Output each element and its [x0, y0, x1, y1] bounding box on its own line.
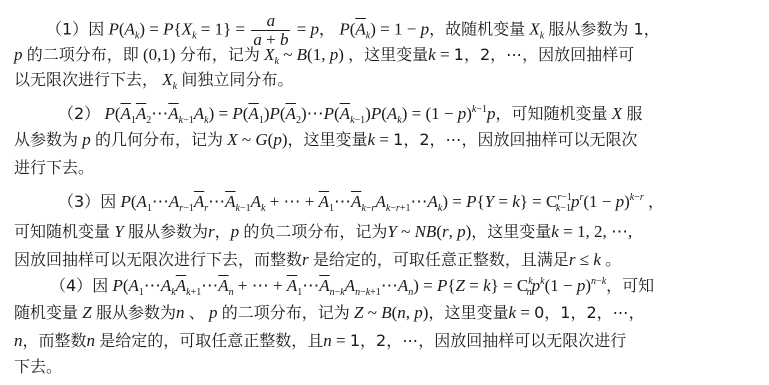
text: ，而整数	[23, 331, 87, 350]
para-3-line-3: 因放回抽样可以无限次进行下去，而整数r 是给定的，可取任意正整数，且满足r ≤ …	[14, 250, 621, 270]
para-3-line-1: （3）因 P(A1⋯Ar−1Ar⋯Ak−1Ak + ⋯ + A1⋯Ak−rAk−…	[58, 192, 664, 212]
para-3-line-2: 可知随机变量 Y 服从参数为r，p 的负二项分布，记为Y ~ NB(r, p)，…	[14, 222, 632, 242]
text: ，可知随机变量	[496, 104, 608, 123]
text: 1，2，⋯	[454, 45, 522, 64]
para-3-label: （3）	[58, 192, 100, 211]
text: 。	[605, 250, 621, 269]
text: 随机变量	[14, 303, 78, 322]
text: 以无限次进行下去，	[14, 70, 158, 89]
para-4-label: （4）	[50, 276, 92, 295]
text: ，	[215, 222, 231, 241]
text: 从参数为	[14, 130, 78, 149]
text: 的二项分布，即	[27, 45, 139, 64]
text: 服	[626, 104, 642, 123]
para-4-line-1: （4）因 P(A1⋯AkAk+1⋯An + ⋯ + A1⋯An−kAn−k+1⋯…	[50, 276, 654, 296]
para-2-line-3: 进行下去。	[14, 158, 94, 178]
text: 服从参数为	[96, 303, 176, 322]
para-1-line-2: p 的二项分布，即 (0,1) 分布，记为 Xk ~ B(1, p) ，这里变量…	[14, 45, 634, 65]
fraction: aa + b	[251, 12, 290, 49]
text: 因放回抽样可以无限次进行下去，而整数	[14, 250, 302, 269]
text: 间独立同分布。	[181, 70, 293, 89]
text: 的二项分布，记为	[222, 303, 350, 322]
text: 1，2，⋯	[393, 130, 461, 149]
para-2-line-1: （2） P(A1A2⋯Ak−1Ak) = P(A1)P(A2)⋯P(Ak−1)P…	[58, 104, 642, 124]
text: 因	[88, 19, 104, 38]
text: ，可知	[606, 276, 654, 295]
text: 服从参数为	[128, 222, 208, 241]
text: ，	[319, 19, 335, 38]
text: 、	[189, 303, 205, 322]
text: 因	[100, 192, 116, 211]
text: ，故随机变量	[429, 19, 525, 38]
text: ，这里变量	[428, 303, 508, 322]
text: ，这里变量	[471, 222, 551, 241]
text: ，	[648, 192, 664, 211]
text: 是给定的，可取任意正整数，且	[99, 331, 323, 350]
text: 的负二项分布，记为	[243, 222, 387, 241]
text: ，这里变量	[348, 45, 428, 64]
text: 1，2，⋯	[350, 331, 418, 350]
text: ，因放回抽样可以无限次	[462, 130, 638, 149]
text: 是给定的，可取任意正整数，且满足	[313, 250, 569, 269]
text: 可知随机变量	[14, 222, 110, 241]
para-4-line-3: n，而整数n 是给定的，可取任意正整数，且n = 1，2，⋯，因放回抽样可以无限…	[14, 331, 626, 351]
para-4-line-2: 随机变量 Z 服从参数为n 、 p 的二项分布，记为 Z ~ B(n, p)，这…	[14, 303, 645, 323]
text: ，因放回抽样可以无限次进行	[418, 331, 626, 350]
text: 分布，记为	[180, 45, 260, 64]
para-2-line-2: 从参数为 p 的几何分布，记为 X ~ G(p)，这里变量k = 1，2，⋯，因…	[14, 130, 638, 150]
text: ，因放回抽样可	[522, 45, 634, 64]
text: 因	[92, 276, 108, 295]
text: 0，1，2，⋯，	[534, 303, 645, 322]
text: 1, 2, ⋯,	[577, 222, 632, 241]
para-1-label: （1）	[46, 19, 88, 38]
para-1-line-3: 以无限次进行下去， Xk 间独立同分布。	[14, 70, 293, 90]
text: 进行下去。	[14, 158, 94, 177]
text: ，这里变量	[288, 130, 368, 149]
text: 下去。	[14, 357, 62, 376]
text: 服从参数为 1，	[548, 19, 659, 38]
para-2-label: （2）	[58, 104, 100, 123]
document: （1）因 P(Ak) = P{Xk = 1} = aa + b = p， P(A…	[0, 0, 769, 385]
para-1-line-1: （1）因 P(Ak) = P{Xk = 1} = aa + b = p， P(A…	[46, 12, 660, 49]
para-4-line-4: 下去。	[14, 357, 62, 377]
text: 的几何分布，记为	[95, 130, 223, 149]
